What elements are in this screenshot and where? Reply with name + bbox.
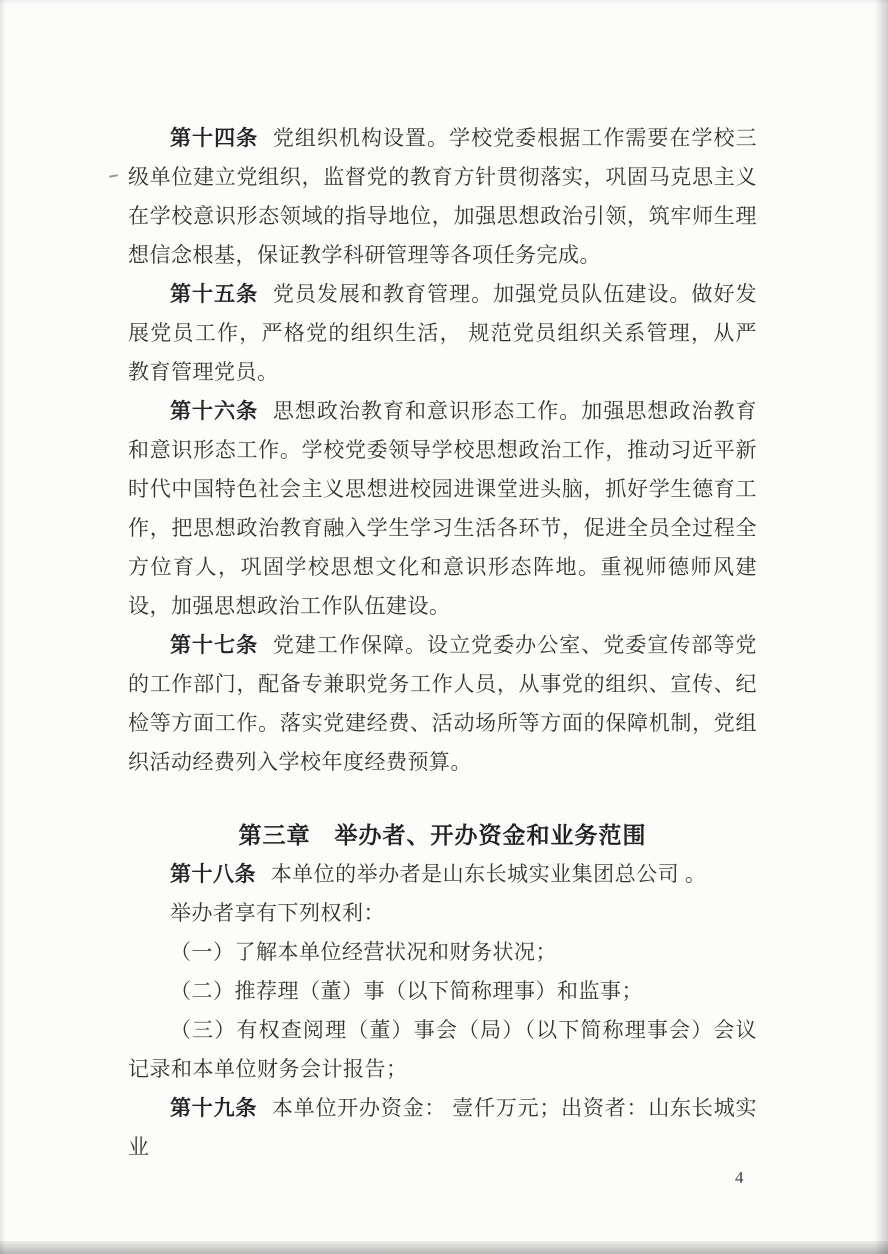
scanned-document-page: 第十四条党组织机构设置。学校党委根据工作需要在学校三级单位建立党组织，监督党的教… (0, 0, 888, 1254)
article-16-number: 第十六条 (170, 400, 258, 423)
right-item-2: （二）推荐理（董）事（以下简称理事）和监事； (128, 972, 757, 1011)
right-item-1-text: （一）了解本单位经营状况和财务状况； (170, 940, 557, 964)
chapter-3-heading: 第三章 举办者、开办资金和业务范围 (128, 815, 757, 855)
article-17-paragraph: 第十七条党建工作保障。设立党委办公室、党委宣传部等党的工作部门，配备专兼职党务工… (128, 626, 757, 782)
right-item-1: （一）了解本单位经营状况和财务状况； (128, 933, 757, 972)
article-15-number: 第十五条 (170, 283, 258, 306)
article-19-paragraph: 第十九条本单位开办资金： 壹仟万元；出资者：山东长城实业 (128, 1089, 757, 1167)
founder-rights-intro-text: 举办者享有下列权利： (170, 901, 385, 925)
scan-speck-artifact (109, 174, 118, 178)
article-17-number: 第十七条 (170, 634, 258, 657)
article-16-paragraph: 第十六条思想政治教育和意识形态工作。加强思想政治教育和意识形态工作。学校党委领导… (128, 392, 757, 626)
right-item-2-text: （二）推荐理（董）事（以下简称理事）和监事； (170, 979, 643, 1003)
scan-edge-bottom (0, 1241, 888, 1254)
article-18-number: 第十八条 (170, 863, 256, 886)
scan-edge-top (0, 0, 888, 5)
scan-edge-left (0, 0, 6, 1254)
right-item-3: （三）有权查阅理（董）事会（局）（以下简称理事会）会议记录和本单位财务会计报告； (128, 1011, 757, 1089)
founder-rights-intro: 举办者享有下列权利： (128, 894, 757, 933)
scan-edge-right (874, 0, 888, 1254)
right-item-3-text: （三）有权查阅理（董）事会（局）（以下简称理事会）会议记录和本单位财务会计报告； (128, 1018, 757, 1081)
article-18-text: 本单位的举办者是山东长城实业集团总公司 。 (271, 862, 707, 886)
article-18-paragraph: 第十八条本单位的举办者是山东长城实业集团总公司 。 (128, 855, 757, 894)
article-19-number: 第十九条 (170, 1097, 257, 1120)
article-14-number: 第十四条 (170, 127, 258, 150)
document-body: 第十四条党组织机构设置。学校党委根据工作需要在学校三级单位建立党组织，监督党的教… (128, 119, 757, 1167)
article-14-paragraph: 第十四条党组织机构设置。学校党委根据工作需要在学校三级单位建立党组织，监督党的教… (128, 119, 757, 275)
article-15-paragraph: 第十五条党员发展和教育管理。加强党员队伍建设。做好发展党员工作，严格党的组织生活… (128, 275, 757, 392)
page-number: 4 (735, 1168, 744, 1188)
article-16-text: 思想政治教育和意识形态工作。加强思想政治教育和意识形态工作。学校党委领导学校思想… (128, 399, 757, 618)
